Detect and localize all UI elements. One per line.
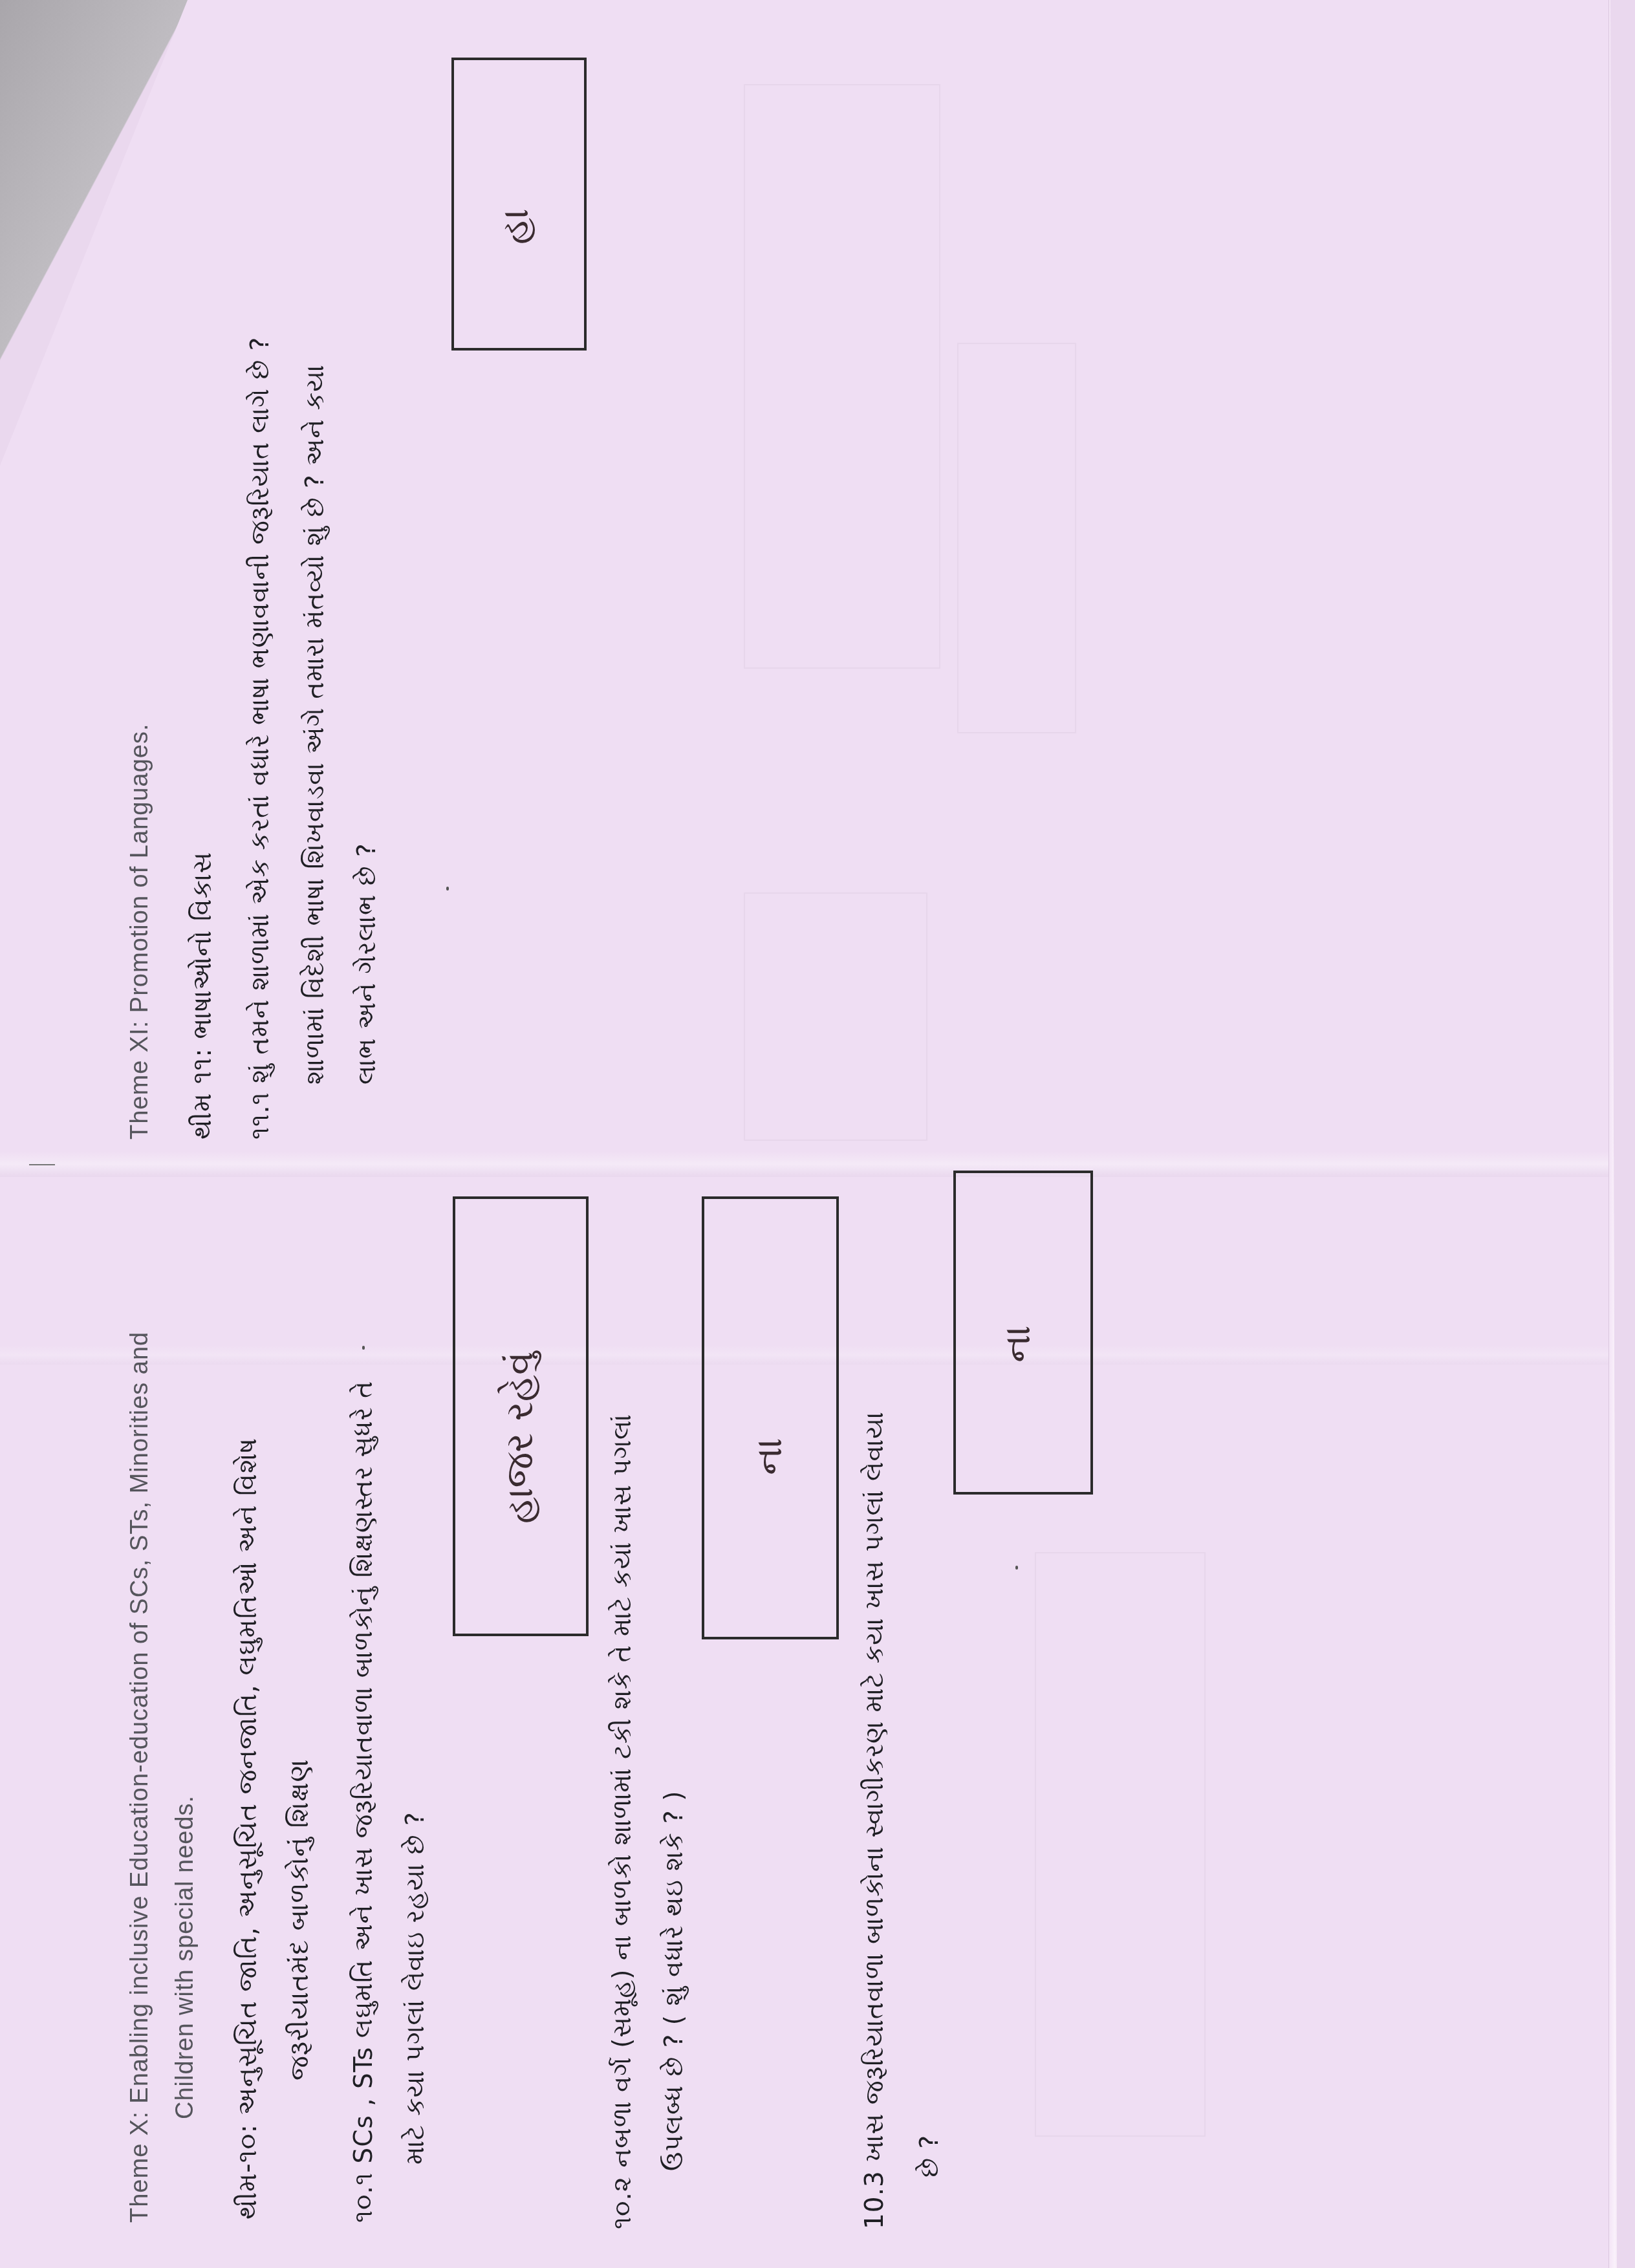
answer-11-1-handwritten: હા [493, 209, 537, 244]
theme-10-heading-en: Theme X: Enabling inclusive Education-ed… [126, 1332, 154, 2223]
question-10-1-text-cont: માટે કયા પગલાં લેવાઇ રહયા છે ? [401, 1811, 430, 2165]
question-10-2-text: ૧૦.૨ નબળા વર્ગ (સમૂહ) ના બાળકો શાળામાં ટ… [608, 1414, 637, 2229]
theme-10-heading-gu: થીમ-૧૦: અનુસૂચિત જાતિ, અનુસૂચિત જનજાતિ, … [233, 1438, 263, 2219]
answer-10-2-handwritten: ના [746, 1438, 791, 1475]
theme-10-heading-gu-cont: જરૂરીયાતમંદ બાળકોનું શિક્ષણ [285, 1759, 314, 2080]
answer-box-10-3[interactable]: ના [953, 1171, 1093, 1495]
question-11-1-text-cont: શાળામાં વિદેશી ભાષા શિખવાડવા અંગે તમારા … [301, 364, 330, 1085]
rotated-page-content: Theme X: Enabling inclusive Education-ed… [0, 0, 1635, 2268]
paper-speck [362, 1346, 365, 1350]
answer-box-11-1[interactable]: હા [451, 58, 587, 351]
question-10-1-text: ૧૦.૧ SCs , STs લઘુમતિ અને ખાસ જરૂરિયાતવા… [349, 1381, 378, 2223]
theme-11-heading-gu: થીમ ૧૧: ભાષાઓનો વિકાસ [188, 852, 217, 1139]
center-fold-mark [29, 1164, 55, 1165]
theme-11-heading-en: Theme XI: Promotion of Languages. [126, 724, 154, 1139]
paper-speck [1015, 1566, 1018, 1570]
answer-10-1-handwritten: હાજર રહેવું [497, 1352, 542, 1524]
question-11-1-text-cont2: લાભ અને ગેરલાભ છે ? [352, 843, 382, 1085]
question-11-1-text: ૧૧.૧ શું તમને શાળામાં એક કરતાં વધારે ભાષ… [246, 337, 275, 1139]
theme-10-heading-en-cont: Children with special needs. [171, 1795, 199, 2119]
question-10-3-text: 10.3 ખાસ જરૂરિયાતવાળા બાળકોના સ્વાગીકરણ … [860, 1411, 889, 2229]
answer-box-10-1[interactable]: હાજર રહેવું [453, 1196, 589, 1636]
paper-speck [446, 887, 449, 891]
answer-box-10-2[interactable]: ના [702, 1196, 839, 1639]
question-10-2-text-cont: ઉપલબ્ધ છે ? ( શું વધારે થઇ શકે ? ) [660, 1791, 689, 2171]
question-10-3-text-cont: છે ? [915, 2135, 944, 2177]
answer-10-3-handwritten: ના [995, 1326, 1039, 1363]
